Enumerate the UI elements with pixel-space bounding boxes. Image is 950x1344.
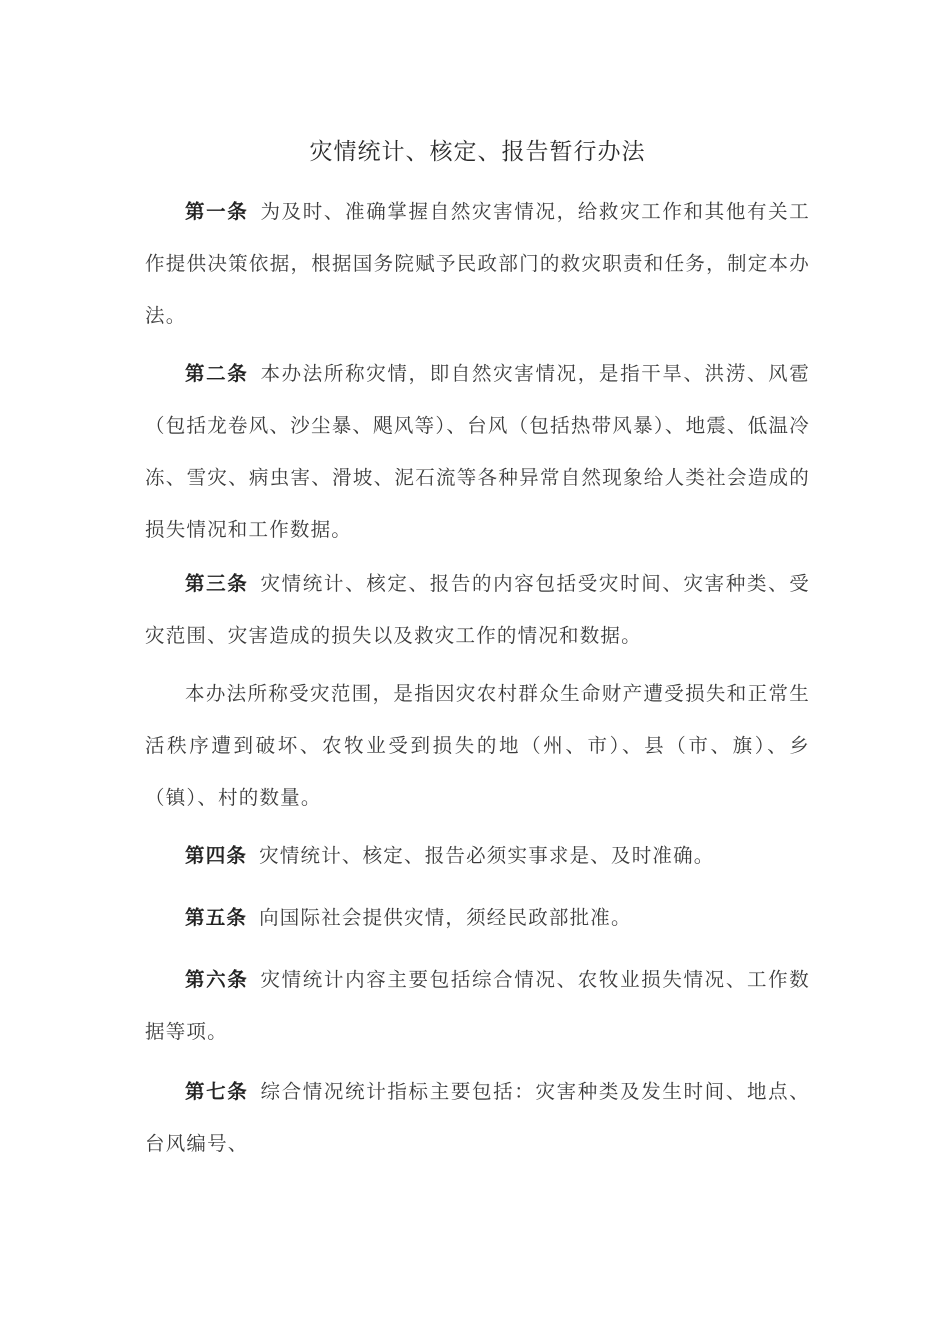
article-text: 灾情统计、核定、报告必须实事求是、及时准确。 — [259, 844, 714, 867]
article-label: 第七条 — [185, 1080, 248, 1103]
article-4: 第四条灾情统计、核定、报告必须实事求是、及时准确。 — [145, 830, 810, 882]
article-text: 向国际社会提供灾情，须经民政部批准。 — [259, 906, 632, 929]
article-label: 第三条 — [185, 572, 248, 595]
article-text: 本办法所称灾情，即自然灾害情况，是指干旱、洪涝、风雹（包括龙卷风、沙尘暴、飓风等… — [145, 362, 810, 541]
article-label: 第六条 — [185, 968, 248, 991]
article-label: 第五条 — [185, 906, 247, 929]
article-2: 第二条本办法所称灾情，即自然灾害情况，是指干旱、洪涝、风雹（包括龙卷风、沙尘暴、… — [145, 348, 810, 556]
article-3-continuation: 本办法所称受灾范围，是指因灾农村群众生命财产遭受损失和正常生活秩序遭到破坏、农牧… — [145, 668, 810, 824]
article-text: 本办法所称受灾范围，是指因灾农村群众生命财产遭受损失和正常生活秩序遭到破坏、农牧… — [145, 682, 810, 809]
article-5: 第五条向国际社会提供灾情，须经民政部批准。 — [145, 892, 810, 944]
article-label: 第二条 — [185, 362, 248, 385]
article-label: 第一条 — [185, 200, 248, 223]
article-3: 第三条灾情统计、核定、报告的内容包括受灾时间、灾害种类、受灾范围、灾害造成的损失… — [145, 558, 810, 662]
article-6: 第六条灾情统计内容主要包括综合情况、农牧业损失情况、工作数据等项。 — [145, 954, 810, 1058]
document-title: 灾情统计、核定、报告暂行办法 — [145, 136, 810, 168]
article-7: 第七条综合情况统计指标主要包括：灾害种类及发生时间、地点、台风编号、 — [145, 1066, 810, 1170]
article-1: 第一条为及时、准确掌握自然灾害情况，给救灾工作和其他有关工作提供决策依据，根据国… — [145, 186, 810, 342]
article-label: 第四条 — [185, 844, 247, 867]
